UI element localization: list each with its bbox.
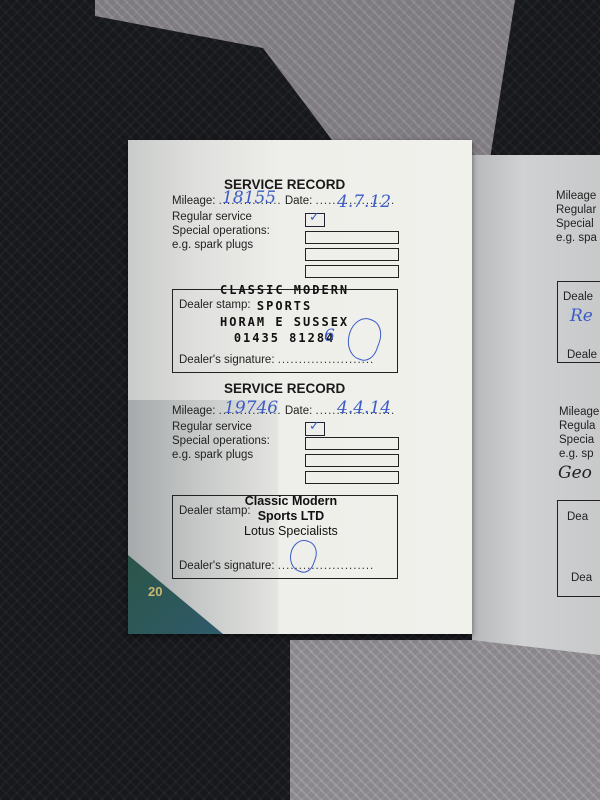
dealer-stamp-label: Dealer stamp: bbox=[179, 505, 251, 517]
mileage-label: Mileage: bbox=[172, 195, 215, 207]
special-ops-example: e.g. spark plugs bbox=[172, 449, 253, 461]
special-op-field-1 bbox=[305, 437, 399, 450]
special-op-field-3 bbox=[305, 265, 399, 278]
stamp-handwritten-digit: 6 bbox=[324, 326, 335, 346]
partial-text: Dea bbox=[571, 572, 592, 584]
partial-text: Regula bbox=[559, 420, 595, 432]
partial-text: Deale bbox=[563, 291, 593, 303]
partial-text: Regular bbox=[556, 204, 596, 216]
mileage-value: 18155 bbox=[222, 188, 276, 208]
partial-text: Deale bbox=[567, 349, 597, 361]
dealer-stamp: Classic Modern Sports LTD Lotus Speciali… bbox=[244, 494, 338, 539]
special-op-field-2 bbox=[305, 454, 399, 467]
special-op-field-2 bbox=[305, 248, 399, 261]
regular-service-label: Regular service bbox=[172, 211, 252, 223]
special-ops-label: Special operations: bbox=[172, 225, 270, 237]
regular-service-label: Regular service bbox=[172, 421, 252, 433]
regular-service-checkbox: ✓ bbox=[305, 422, 325, 436]
page-number: 20 bbox=[148, 584, 162, 599]
mileage-label: Mileage: bbox=[172, 405, 215, 417]
partial-text: e.g. spa bbox=[556, 232, 597, 244]
handwritten-text: Geo bbox=[558, 463, 592, 483]
partial-text: Mileage bbox=[556, 190, 596, 202]
dealer-signature-label: Dealer's signature: ....................… bbox=[179, 354, 374, 366]
record-title: SERVICE RECORD bbox=[224, 381, 345, 396]
date-label: Date: bbox=[285, 405, 313, 417]
regular-service-checkbox: ✓ bbox=[305, 213, 325, 227]
special-op-field-1 bbox=[305, 231, 399, 244]
date-label: Date: bbox=[285, 195, 313, 207]
partial-text: Specia bbox=[559, 434, 594, 446]
date-value: 4.4.14 bbox=[337, 398, 391, 418]
sunlit-carpet-bottom bbox=[290, 640, 600, 800]
handwritten-text: Re bbox=[570, 306, 593, 326]
special-ops-label: Special operations: bbox=[172, 435, 270, 447]
dealer-signature-label: Dealer's signature: ....................… bbox=[179, 560, 374, 572]
mileage-value: 19746 bbox=[224, 398, 278, 418]
partial-text: Dea bbox=[567, 511, 588, 523]
partial-text: Mileage bbox=[559, 406, 599, 418]
date-value: 4.7.12 bbox=[337, 192, 391, 212]
partial-text: e.g. sp bbox=[559, 448, 594, 460]
partial-text: Special bbox=[556, 218, 594, 230]
special-ops-example: e.g. spark plugs bbox=[172, 239, 253, 251]
special-op-field-3 bbox=[305, 471, 399, 484]
